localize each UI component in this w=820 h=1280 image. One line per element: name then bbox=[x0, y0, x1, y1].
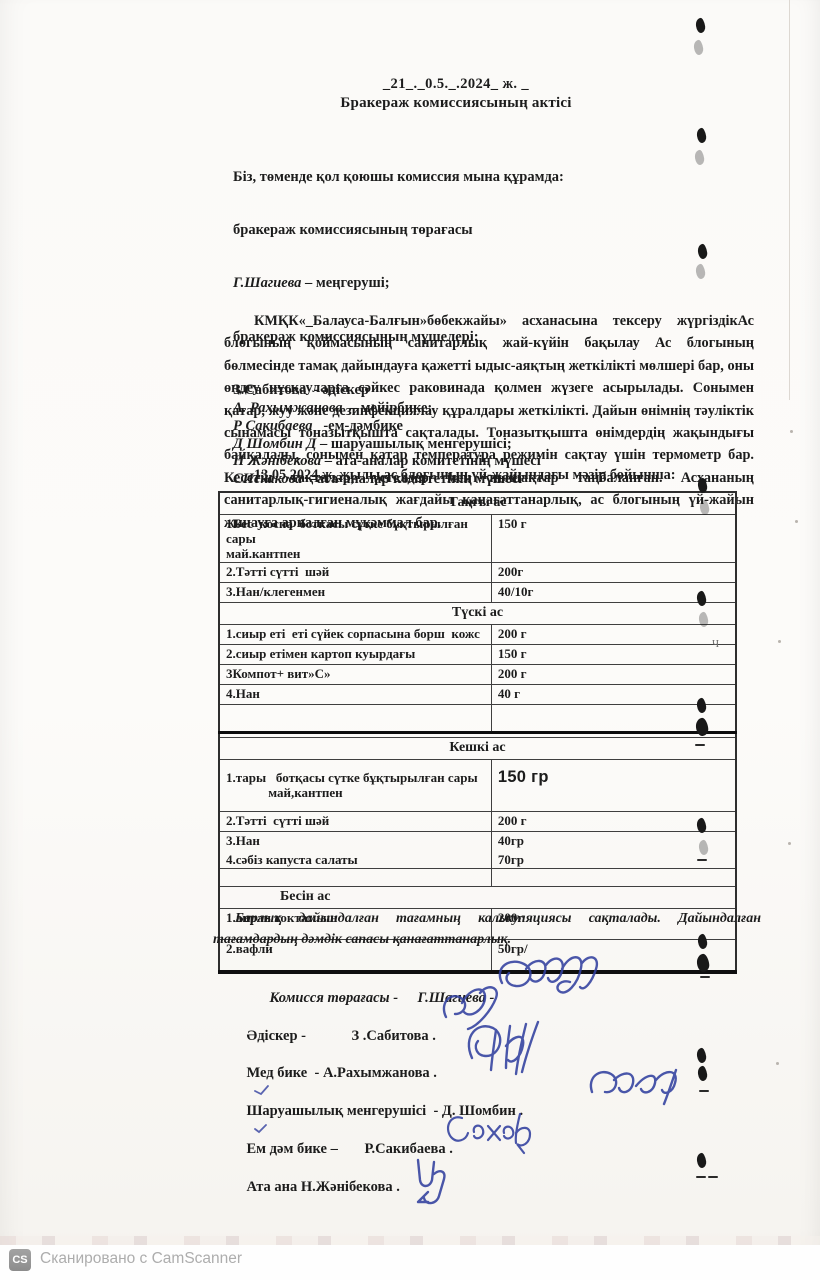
section-header: Кешкі ас bbox=[219, 738, 736, 760]
dish-cell: 4.Нан bbox=[219, 685, 491, 705]
signature-label: Ата ана bbox=[247, 1179, 301, 1196]
signature-label: Ем дәм бике – bbox=[247, 1141, 365, 1158]
table-row: Кешкі ас bbox=[219, 738, 736, 760]
ink-dash bbox=[699, 1090, 709, 1092]
intro-line: Біз, төменде қол қоюшы комиссия мына құр… bbox=[233, 169, 564, 187]
camscanner-badge-icon: CS bbox=[9, 1249, 31, 1271]
ink-dash bbox=[697, 859, 707, 861]
ink-blot bbox=[697, 1065, 708, 1081]
table-row: 4.Нан40 г bbox=[219, 685, 736, 705]
table-row: 1.тары ботқасы сүтке бұқтырылған сары ма… bbox=[219, 760, 736, 812]
date-line: _21_._0.5._.2024_ ж. _ bbox=[230, 76, 682, 93]
section-header: Таңғы ас bbox=[219, 492, 736, 515]
ink-blot bbox=[697, 243, 708, 259]
dish-cell bbox=[219, 869, 491, 887]
table-row: 2.Тәтті сүтті шәй200г bbox=[219, 563, 736, 583]
dish-cell: 3Компот+ вит»С» bbox=[219, 665, 491, 685]
closing-paragraph: Барлық дайындалған тағамның калькуляцияс… bbox=[213, 908, 761, 950]
portion-cell: 200 г bbox=[491, 665, 736, 685]
menu-table-body: Таңғы ас1Бес коспа боткасы сүтке бұқтыры… bbox=[219, 492, 736, 972]
portion-cell: 200 г bbox=[491, 625, 736, 645]
dish-cell: 1.сиыр еті еті сүйек сорпасына борш кожс bbox=[219, 625, 491, 645]
ink-blot bbox=[696, 1152, 707, 1168]
ink-speck bbox=[788, 842, 791, 845]
table-row: 3.Нан/клегенмен40/10г bbox=[219, 583, 736, 603]
chair-line: Г.Шагиева – меңгеруші; bbox=[233, 275, 564, 293]
camscanner-text: Сканировано с CamScanner bbox=[40, 1250, 242, 1268]
dish-cell: 4.сәбіз капуста салаты bbox=[219, 851, 491, 869]
ink-blot bbox=[696, 127, 707, 143]
signature-label: Комисся төрағасы - bbox=[270, 990, 418, 1007]
ink-blot bbox=[694, 149, 705, 165]
table-row: 4.сәбіз капуста салаты70гр bbox=[219, 851, 736, 869]
dish-cell: 2.Тәтті сүтті шәй bbox=[219, 812, 491, 832]
ink-glyph: Ч bbox=[712, 638, 719, 650]
table-row: 3Компот+ вит»С»200 г bbox=[219, 665, 736, 685]
ink-speck bbox=[778, 640, 781, 643]
signature-row: Ата ана Н.Жәнібекова . bbox=[232, 1162, 407, 1230]
signature-scribble-sakibaeva bbox=[442, 1108, 550, 1156]
ink-speck bbox=[776, 1062, 779, 1065]
table-row: 2.Тәтті сүтті шәй200 г bbox=[219, 812, 736, 832]
dish-cell: 2.сиыр етімен картоп куырдағы bbox=[219, 645, 491, 665]
table-row: Түскі ас bbox=[219, 603, 736, 625]
signer-name: З .Сабитова . bbox=[352, 1028, 440, 1044]
ink-speck bbox=[795, 520, 798, 523]
signature-label: Мед бике - bbox=[247, 1065, 323, 1082]
member-name: Г.Шагиева bbox=[233, 275, 301, 291]
portion-cell: 150 г bbox=[491, 515, 736, 563]
table-row: 1.сиыр еті еті сүйек сорпасына борш кожс… bbox=[219, 625, 736, 645]
portion-cell: 150 гр bbox=[491, 760, 736, 812]
dish-cell: 3.Нан/клегенмен bbox=[219, 583, 491, 603]
section-header: Түскі ас bbox=[219, 603, 736, 625]
portion-cell: 200г bbox=[491, 563, 736, 583]
ink-dash bbox=[696, 1176, 706, 1178]
ink-blot bbox=[693, 39, 704, 55]
menu-date-line: 13.05.2024.ж. жылы ас блогының үй-жайынд… bbox=[224, 467, 754, 484]
page-title: Бракераж комиссиясының актісі bbox=[230, 95, 682, 112]
table-row: 3.Нан40гр bbox=[219, 832, 736, 852]
dish-cell: 1.тары ботқасы сүтке бұқтырылған сары ма… bbox=[219, 760, 491, 812]
menu-table: Таңғы ас1Бес коспа боткасы сүтке бұқтыры… bbox=[218, 491, 737, 974]
table-row: 1Бес коспа боткасы сүтке бұқтырылған сар… bbox=[219, 515, 736, 563]
table-row: Таңғы ас bbox=[219, 492, 736, 515]
signer-name: Н.Жәнібекова . bbox=[301, 1179, 407, 1195]
signature-label: Шаруашылық менгерушісі - bbox=[247, 1103, 442, 1120]
dish-cell: 2.Тәтті сүтті шәй bbox=[219, 563, 491, 583]
ink-speck bbox=[790, 430, 793, 433]
ink-dash bbox=[700, 976, 710, 978]
scan-edge-strip bbox=[0, 1236, 820, 1245]
portion-cell: 150 г bbox=[491, 645, 736, 665]
ink-blot bbox=[695, 17, 706, 33]
menu-table-wrap: Таңғы ас1Бес коспа боткасы сүтке бұқтыры… bbox=[218, 491, 737, 974]
dish-cell: 3.Нан bbox=[219, 832, 491, 852]
document-header: _21_._0.5._.2024_ ж. _ Бракераж комиссия… bbox=[230, 76, 682, 112]
camscanner-footer: CS Сканировано с CamScanner bbox=[0, 1245, 820, 1280]
chair-label: бракераж комиссиясының төрағасы bbox=[233, 222, 564, 240]
table-row bbox=[219, 705, 736, 733]
member-role: – меңгеруші; bbox=[301, 275, 389, 291]
ink-dash bbox=[695, 744, 705, 746]
signature-scribble-shombin bbox=[584, 1062, 686, 1108]
table-row: Бесін ас bbox=[219, 887, 736, 909]
signature-scribble-rakhymzhanova bbox=[460, 1016, 556, 1078]
ink-blot bbox=[695, 263, 706, 279]
portion-cell bbox=[491, 869, 736, 887]
table-row: 2.сиыр етімен картоп куырдағы150 г bbox=[219, 645, 736, 665]
table-row bbox=[219, 869, 736, 887]
signer-name: А.Рахымжанова . bbox=[323, 1065, 444, 1081]
scanned-document-page: _21_._0.5._.2024_ ж. _ Бракераж комиссия… bbox=[0, 0, 820, 1280]
page-edge-line bbox=[789, 0, 790, 400]
section-header: Бесін ас bbox=[219, 887, 736, 909]
dish-cell: 1Бес коспа боткасы сүтке бұқтырылған сар… bbox=[219, 515, 491, 563]
signature-scribble-zhanibekova bbox=[408, 1154, 456, 1208]
ink-dash bbox=[708, 1176, 718, 1178]
dish-cell bbox=[219, 705, 491, 733]
signature-label: Әдіскер - bbox=[247, 1028, 352, 1045]
ink-blot bbox=[696, 1047, 707, 1063]
